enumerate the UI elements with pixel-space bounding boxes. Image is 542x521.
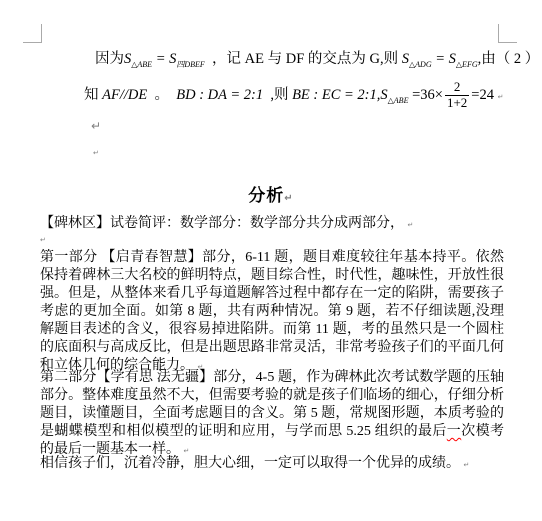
text-period: 。 [147, 87, 176, 103]
paragraph-mark: ↵ [40, 236, 46, 244]
paragraph-mark: ↵ [408, 221, 414, 229]
paragraph-text: 第二部分【学有思 法无疆】部分，4-5 题，作为碑林此次考试数学题的压轴部分。整… [40, 370, 504, 439]
math-ratio-1: BD : DA = 2:1 [176, 87, 263, 103]
paragraph-mark: ↵ [91, 119, 101, 133]
paragraph-mark: ↵ [498, 93, 504, 101]
math-equals: = [432, 51, 449, 67]
paragraph-mark: ↵ [184, 447, 190, 455]
section-heading: 分析↵ [0, 181, 542, 206]
math-area-symbol: S [402, 51, 409, 67]
paragraph-mark: ↵ [284, 193, 293, 204]
math-area-symbol: S [449, 51, 456, 67]
paragraph-text: 第一部分 【启青春智慧】部分，6-11 题，题目难度较往年基本持平。依然保持着碑… [40, 250, 504, 373]
fraction-numerator: 2 [445, 80, 469, 96]
text-boundary-crop-mark-right [498, 24, 517, 43]
math-fraction: 21+2 [445, 80, 469, 111]
review-paragraph-part-2: 第二部分【学有思 法无疆】部分，4-5 题，作为碑林此次考试数学题的压轴部分。整… [40, 369, 504, 460]
spellcheck-flagged-text: 一 [447, 424, 461, 439]
review-paragraph-intro: 【碑林区】试卷简评：数学部分：数学部分共分成两部分， ↵ [40, 215, 514, 234]
math-equals: = [152, 51, 169, 67]
math-subscript: △ABE [388, 96, 409, 105]
math-equals-36: =36× [408, 87, 442, 103]
text-boundary-crop-mark-left [23, 24, 42, 43]
paragraph-text: 【碑林区】试卷简评：数学部分：数学部分共分成两部分， [40, 216, 408, 231]
text-tail: ,由（ 2 ） [478, 51, 540, 67]
paragraph-mark: ↵ [93, 149, 99, 157]
math-area-symbol: S [380, 87, 387, 103]
paragraph-mark: ↵ [464, 461, 470, 469]
text-because: 因为 [95, 51, 124, 67]
paragraph-text: 相信孩子们，沉着冷静，胆大心细，一定可以取得一个优异的成绩。 [40, 456, 464, 471]
fraction-denominator: 1+2 [445, 96, 469, 111]
math-subscript: 四DBEF [176, 60, 204, 69]
document-page[interactable]: 因为S△ABE = S四DBEF ，记 AE 与 DF 的交点为 G,则 S△A… [0, 0, 542, 521]
text-know: 知 [84, 87, 102, 103]
section-heading-text: 分析 [248, 186, 284, 205]
text-then: ,则 [263, 87, 292, 103]
math-ratio-2: BE : EC = 2:1, [292, 87, 380, 103]
math-subscript: △ADG [409, 60, 432, 69]
solution-formula-line-2: 知 AF//DE 。 BD : DA = 2:1 ,则 BE : EC = 2:… [84, 80, 503, 116]
review-paragraph-closing: 相信孩子们，沉着冷静，胆大心细，一定可以取得一个优异的成绩。 ↵ [40, 455, 514, 474]
math-subscript: △EFG [456, 60, 478, 69]
text-mid: ，记 AE 与 DF 的交点为 G,则 [205, 51, 402, 67]
math-subscript: △ABE [131, 60, 152, 69]
math-equals-24: =24 [471, 87, 497, 103]
review-paragraph-part-1: 第一部分 【启青春智慧】部分，6-11 题，题目难度较往年基本持平。依然保持着碑… [40, 249, 504, 376]
math-parallel-statement: AF//DE [102, 87, 147, 103]
solution-formula-line-1: 因为S△ABE = S四DBEF ，记 AE 与 DF 的交点为 G,则 S△A… [95, 47, 539, 77]
